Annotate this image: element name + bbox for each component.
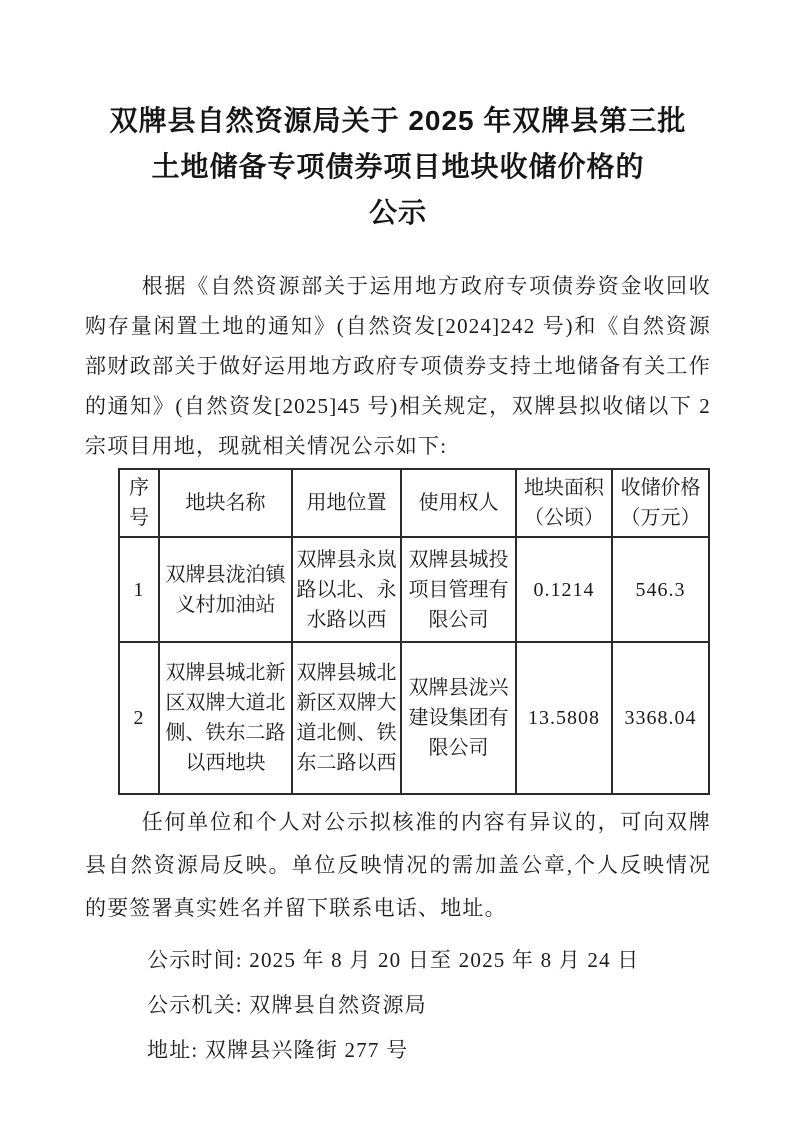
header-seq: 序 号: [119, 469, 159, 537]
header-holder: 使用权人: [401, 469, 516, 537]
cell-price: 3368.04: [612, 642, 709, 794]
cell-plot-name: 双牌县城北新区双牌大道北侧、铁东二路以西地块: [159, 642, 292, 794]
cell-plot-name: 双牌县泷泊镇义村加油站: [159, 537, 292, 642]
title-line-2: 土地储备专项债券项目地块收储价格的: [85, 144, 711, 190]
cell-location: 双牌县永岚路以北、永水路以西: [292, 537, 401, 642]
footer-block: 公示时间: 2025 年 8 月 20 日至 2025 年 8 月 24 日 公…: [85, 938, 711, 1073]
cell-seq: 2: [119, 642, 159, 794]
cell-area: 0.1214: [516, 537, 612, 642]
header-location: 用地位置: [292, 469, 401, 537]
header-area: 地块面积 （公顷）: [516, 469, 612, 537]
objection-paragraph: 任何单位和个人对公示拟核准的内容有异议的，可向双牌县自然资源局反映。单位反映情况…: [85, 801, 711, 930]
title-line-3: 公示: [85, 190, 711, 236]
publicity-organ-line: 公示机关: 双牌县自然资源局: [85, 983, 711, 1028]
title-line-1: 双牌县自然资源局关于 2025 年双牌县第三批: [85, 98, 711, 144]
table-row: 2 双牌县城北新区双牌大道北侧、铁东二路以西地块 双牌县城北新区双牌大道北侧、铁…: [119, 642, 709, 794]
document-page: 双牌县自然资源局关于 2025 年双牌县第三批 土地储备专项债券项目地块收储价格…: [0, 0, 793, 1122]
table-row: 1 双牌县泷泊镇义村加油站 双牌县永岚路以北、永水路以西 双牌县城投项目管理有限…: [119, 537, 709, 642]
cell-holder: 双牌县城投项目管理有限公司: [401, 537, 516, 642]
cell-holder: 双牌县泷兴建设集团有限公司: [401, 642, 516, 794]
address-line: 地址: 双牌县兴隆街 277 号: [85, 1028, 711, 1073]
document-title: 双牌县自然资源局关于 2025 年双牌县第三批 土地储备专项债券项目地块收储价格…: [85, 98, 711, 236]
land-plots-table: 序 号 地块名称 用地位置 使用权人 地块面积 （公顷） 收储价格 （万元） 1…: [118, 468, 710, 795]
publicity-time-line: 公示时间: 2025 年 8 月 20 日至 2025 年 8 月 24 日: [85, 938, 711, 983]
cell-location: 双牌县城北新区双牌大道北侧、铁东二路以西: [292, 642, 401, 794]
header-price: 收储价格 （万元）: [612, 469, 709, 537]
intro-paragraph: 根据《自然资源部关于运用地方政府专项债券资金收回收购存量闲置土地的通知》(自然资…: [85, 266, 711, 466]
cell-area: 13.5808: [516, 642, 612, 794]
header-plot-name: 地块名称: [159, 469, 292, 537]
table-header-row: 序 号 地块名称 用地位置 使用权人 地块面积 （公顷） 收储价格 （万元）: [119, 469, 709, 537]
cell-seq: 1: [119, 537, 159, 642]
cell-price: 546.3: [612, 537, 709, 642]
